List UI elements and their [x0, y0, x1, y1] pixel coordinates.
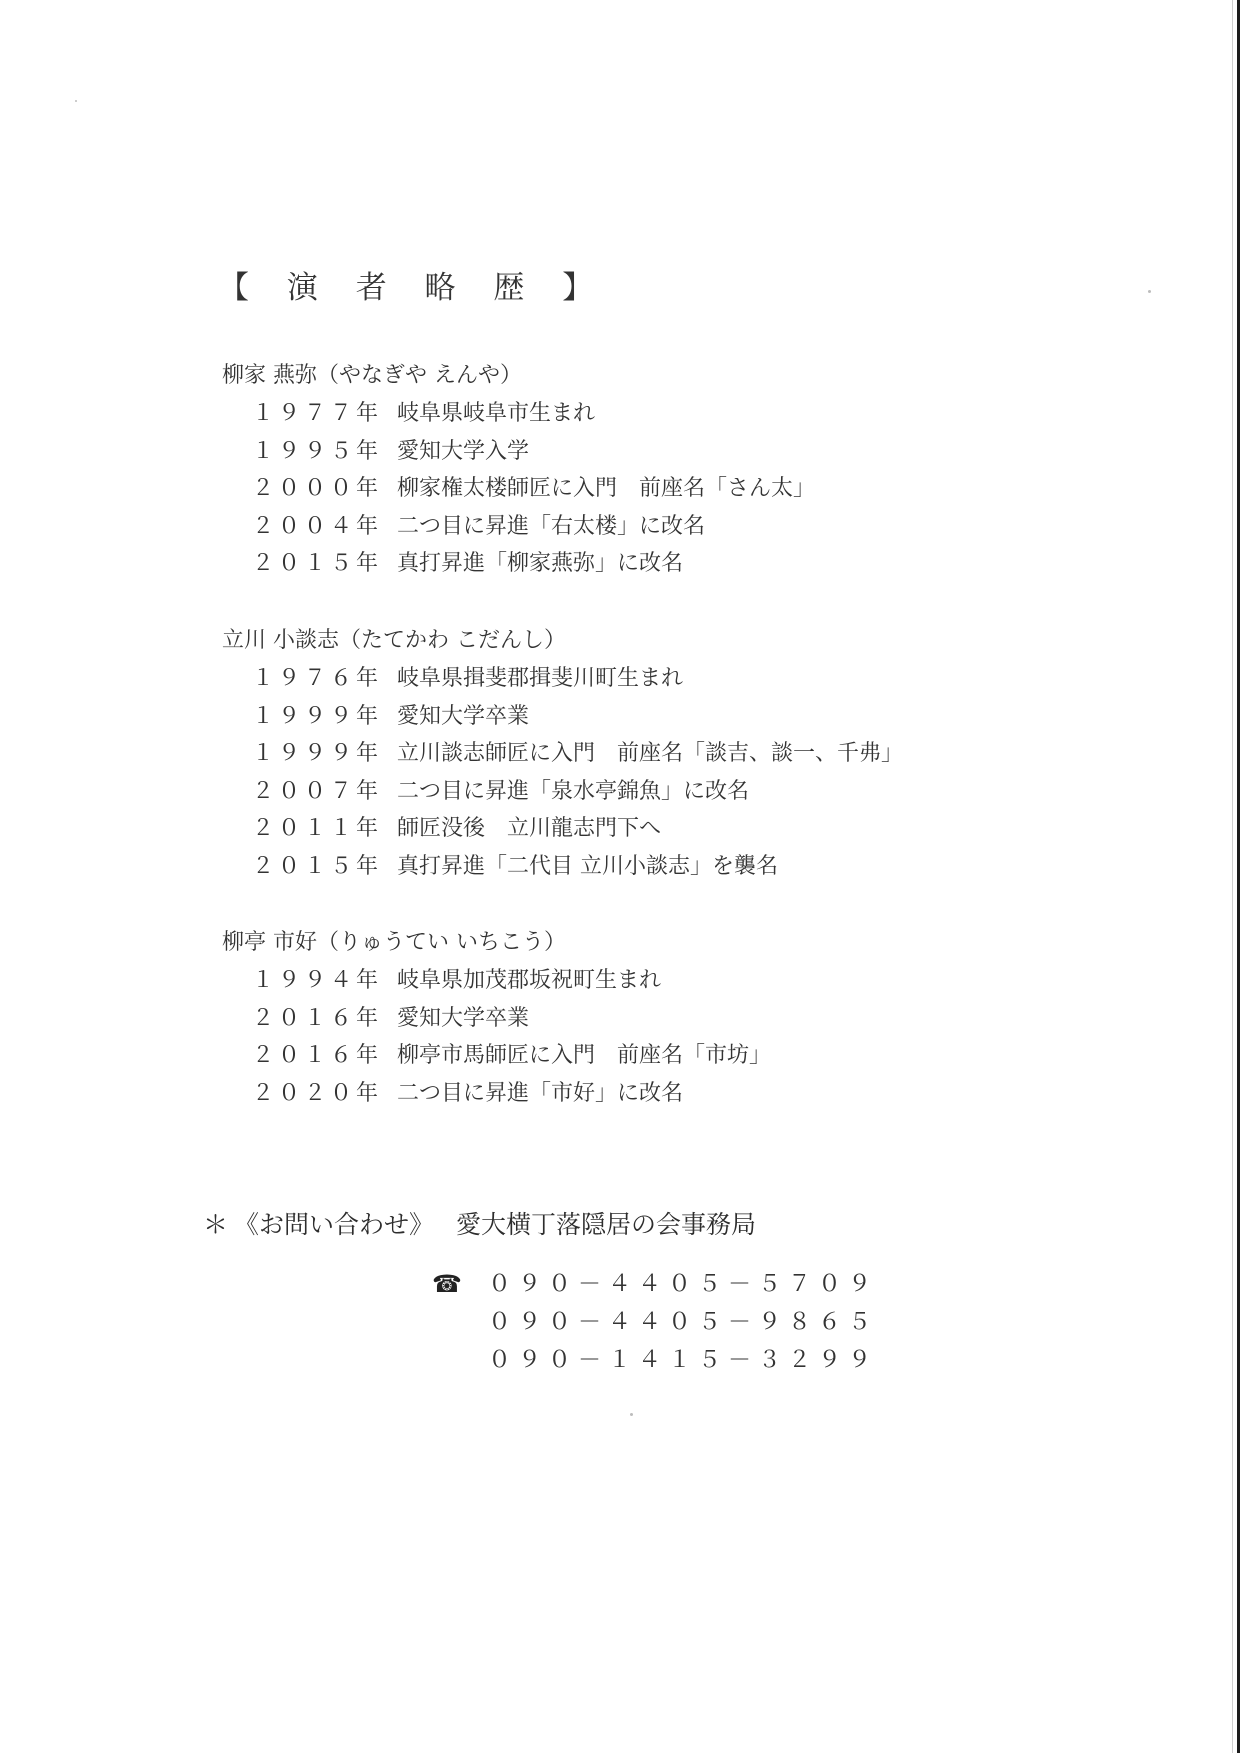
history-row: ２０２０年二つ目に昇進「市好」に改名 — [222, 1075, 771, 1113]
history-year: １９７７年 — [252, 395, 397, 433]
history-year: １９７６年 — [252, 660, 397, 698]
history-year: ２０１６年 — [252, 1037, 397, 1075]
history-year: ２００４年 — [252, 508, 397, 546]
history-event: 二つ目に昇進「市好」に改名 — [397, 1075, 683, 1113]
history-row: ２００７年二つ目に昇進「泉水亭錦魚」に改名 — [222, 773, 903, 811]
phone-row: ０９０－１４１５－３２９９ — [432, 1341, 878, 1379]
history-event: 柳家権太楼師匠に入門 前座名「さん太」 — [397, 470, 815, 508]
phone-number: ０９０－４４０５－９８６５ — [488, 1303, 878, 1341]
history-event: 二つ目に昇進「右太楼」に改名 — [397, 508, 705, 546]
history-row: ２００４年二つ目に昇進「右太楼」に改名 — [222, 508, 815, 546]
history-event: 師匠没後 立川龍志門下へ — [397, 810, 661, 848]
history-row: ２０１６年愛知大学卒業 — [222, 1000, 771, 1038]
history-year: ２０１６年 — [252, 1000, 397, 1038]
performer-name: 柳家 燕弥（やなぎや えんや） — [222, 357, 815, 395]
scan-speck — [1148, 290, 1151, 293]
performer-name: 立川 小談志（たてかわ こだんし） — [222, 622, 903, 660]
history-year: ２０００年 — [252, 470, 397, 508]
history-event: 立川談志師匠に入門 前座名「談吉、談一、千弗」 — [397, 735, 903, 773]
history-year: １９９４年 — [252, 962, 397, 1000]
history-row: １９９４年岐阜県加茂郡坂祝町生まれ — [222, 962, 771, 1000]
performer-name: 柳亭 市好（りゅうてい いちこう） — [222, 924, 771, 962]
history-row: ２０１１年師匠没後 立川龍志門下へ — [222, 810, 903, 848]
performer-profile: 柳家 燕弥（やなぎや えんや） １９７７年岐阜県岐阜市生まれ １９９５年愛知大学… — [222, 357, 815, 583]
history-year: ２０１５年 — [252, 545, 397, 583]
history-year: １９９９年 — [252, 735, 397, 773]
history-row: １９９５年愛知大学入学 — [222, 433, 815, 471]
scan-speck — [630, 1413, 633, 1416]
history-event: 真打昇進「柳家燕弥」に改名 — [397, 545, 683, 583]
scan-edge-shadow — [1232, 0, 1233, 1753]
history-row: ２０００年柳家権太楼師匠に入門 前座名「さん太」 — [222, 470, 815, 508]
phone-row: ☎ ０９０－４４０５－５７０９ — [432, 1265, 878, 1303]
contact-line: ＊《お問い合わせ》愛大横丁落隠居の会事務局 — [203, 1205, 756, 1241]
history-row: ２０１５年真打昇進「二代目 立川小談志」を襲名 — [222, 848, 903, 886]
phone-list: ☎ ０９０－４４０５－５７０９ ０９０－４４０５－９８６５ ０９０－１４１５－３… — [432, 1265, 878, 1379]
history-row: ２０１５年真打昇進「柳家燕弥」に改名 — [222, 545, 815, 583]
contact-label: 《お問い合わせ》 — [234, 1210, 434, 1239]
performer-profile: 立川 小談志（たてかわ こだんし） １９７６年岐阜県揖斐郡揖斐川町生まれ １９９… — [222, 622, 903, 886]
history-year: ２００７年 — [252, 773, 397, 811]
asterisk-mark: ＊ — [203, 1210, 228, 1239]
telephone-icon: ☎ — [432, 1265, 488, 1303]
history-event: 岐阜県加茂郡坂祝町生まれ — [397, 962, 661, 1000]
history-year: ２０１５年 — [252, 848, 397, 886]
history-row: １９７７年岐阜県岐阜市生まれ — [222, 395, 815, 433]
history-event: 柳亭市馬師匠に入門 前座名「市坊」 — [397, 1037, 771, 1075]
history-event: 愛知大学卒業 — [397, 698, 529, 736]
scan-speck — [75, 100, 77, 102]
history-event: 愛知大学卒業 — [397, 1000, 529, 1038]
history-row: １９７６年岐阜県揖斐郡揖斐川町生まれ — [222, 660, 903, 698]
page-title: 【 演 者 略 歴 】 — [218, 262, 607, 307]
history-row: ２０１６年柳亭市馬師匠に入門 前座名「市坊」 — [222, 1037, 771, 1075]
history-event: 真打昇進「二代目 立川小談志」を襲名 — [397, 848, 778, 886]
phone-row: ０９０－４４０５－９８６５ — [432, 1303, 878, 1341]
history-event: 岐阜県岐阜市生まれ — [397, 395, 595, 433]
history-event: 愛知大学入学 — [397, 433, 529, 471]
history-year: ２０２０年 — [252, 1075, 397, 1113]
phone-number: ０９０－１４１５－３２９９ — [488, 1341, 878, 1379]
history-event: 岐阜県揖斐郡揖斐川町生まれ — [397, 660, 683, 698]
history-event: 二つ目に昇進「泉水亭錦魚」に改名 — [397, 773, 749, 811]
contact-organization: 愛大横丁落隠居の会事務局 — [456, 1210, 756, 1239]
history-year: ２０１１年 — [252, 810, 397, 848]
history-row: １９９９年立川談志師匠に入門 前座名「談吉、談一、千弗」 — [222, 735, 903, 773]
performer-profile: 柳亭 市好（りゅうてい いちこう） １９９４年岐阜県加茂郡坂祝町生まれ ２０１６… — [222, 924, 771, 1112]
history-year: １９９５年 — [252, 433, 397, 471]
history-row: １９９９年愛知大学卒業 — [222, 698, 903, 736]
history-year: １９９９年 — [252, 698, 397, 736]
phone-number: ０９０－４４０５－５７０９ — [488, 1265, 878, 1303]
